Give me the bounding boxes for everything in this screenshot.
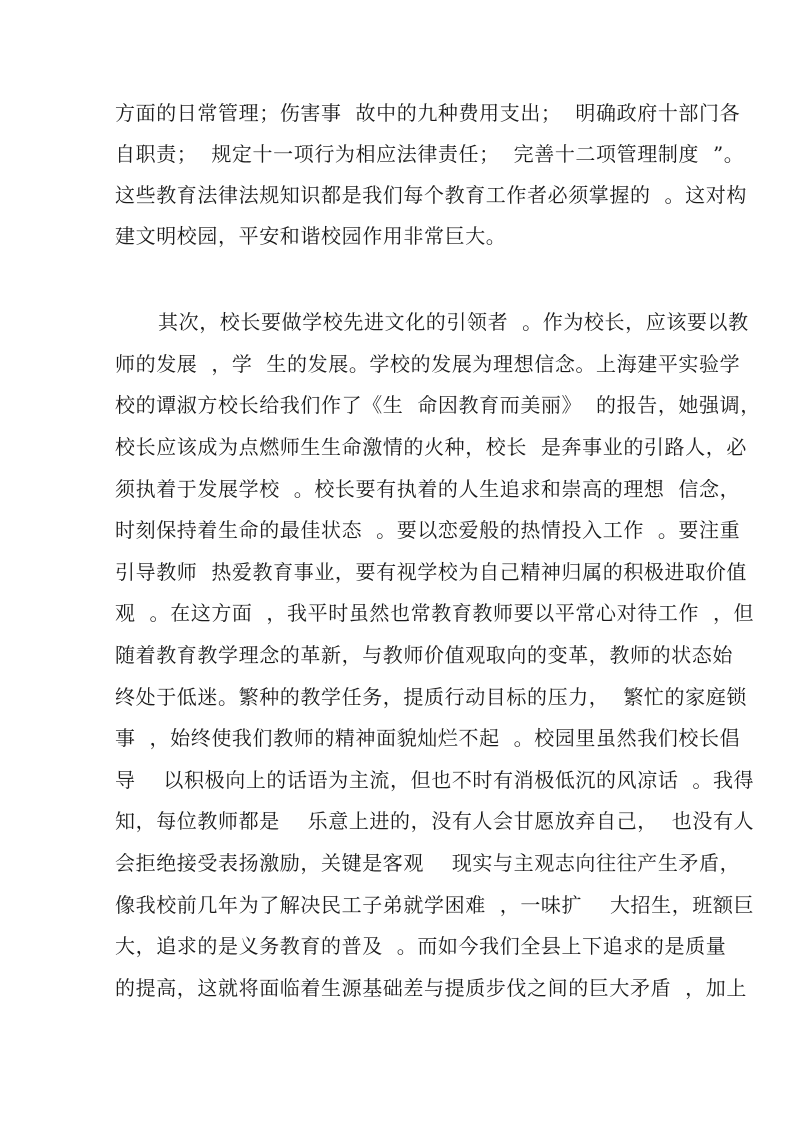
paragraph-2-line-1: 其次，校长要做学校先进文化的引领者 。作为校长，应该要以教 <box>158 307 678 337</box>
paragraph-1-line-4: 建文明校园，平安和谐校园作用非常巨大。 <box>115 221 678 251</box>
paragraph-2-line-2: 师的发展 ，学 生的发展。学校的发展为理想信念。上海建平实验学 <box>115 349 678 379</box>
paragraph-2-line-15: 像我校前几年为了解决民工子弟就学困难 ，一味扩 大招生，班额巨 <box>115 890 678 920</box>
paragraph-2-line-13: 知，每位教师都是 乐意上进的，没有人会甘愿放弃自己， 也没有人 <box>115 806 678 836</box>
paragraph-2-line-11: 事 ，始终使我们教师的精神面貌灿烂不起 。校园里虽然我们校长倡 <box>115 723 678 753</box>
paragraph-2-line-5: 须执着于发展学校 。校长要有执着的人生追求和崇高的理想 信念， <box>115 474 678 504</box>
paragraph-2-line-6: 时刻保持着生命的最佳状态 。要以恋爱般的热情投入工作 。要注重 <box>115 515 678 545</box>
paragraph-2-line-4: 校长应该成为点燃师生生命激情的火种，校长 是奔事业的引路人，必 <box>115 432 678 462</box>
paragraph-1-line-3: 这些教育法律法规知识都是我们每个教育工作者必须掌握的 。这对构 <box>115 180 678 210</box>
paragraph-2-line-14: 会拒绝接受表扬激励，关键是客观 现实与主观志向往往产生矛盾， <box>115 848 678 878</box>
paragraph-2-line-3: 校的谭淑方校长给我们作了《生 命因教育而美丽》 的报告，她强调， <box>115 390 678 420</box>
paragraph-2-line-12: 导 以积极向上的话语为主流，但也不时有消极低沉的风凉话 。我得 <box>115 765 678 795</box>
paragraph-2-line-9: 随着教育教学理念的革新，与教师价值观取向的变革，教师的状态始 <box>115 640 678 670</box>
paragraph-1-line-1: 方面的日常管理；伤害事 故中的九种费用支出； 明确政府十部门各 <box>115 98 678 128</box>
document-page: 方面的日常管理；伤害事 故中的九种费用支出； 明确政府十部门各 自职责； 规定十… <box>0 0 793 1122</box>
paragraph-1-line-2: 自职责； 规定十一项行为相应法律责任； 完善十二项管理制度 ”。 <box>115 139 678 169</box>
paragraph-2-line-10: 终处于低迷。繁种的教学任务，提质行动目标的压力， 繁忙的家庭锁 <box>115 682 678 712</box>
paragraph-2-line-17: 的提高，这就将面临着生源基础差与提质步伐之间的巨大矛盾 ，加上 <box>115 973 678 1003</box>
paragraph-2-line-7: 引导教师 热爱教育事业，要有视学校为自己精神归属的积极进取价值 <box>115 557 678 587</box>
paragraph-2-line-8: 观 。在这方面 ，我平时虽然也常教育教师要以平常心对待工作 ，但 <box>115 598 678 628</box>
paragraph-2-line-16: 大，追求的是义务教育的普及 。而如今我们全县上下追求的是质量 <box>115 931 678 961</box>
